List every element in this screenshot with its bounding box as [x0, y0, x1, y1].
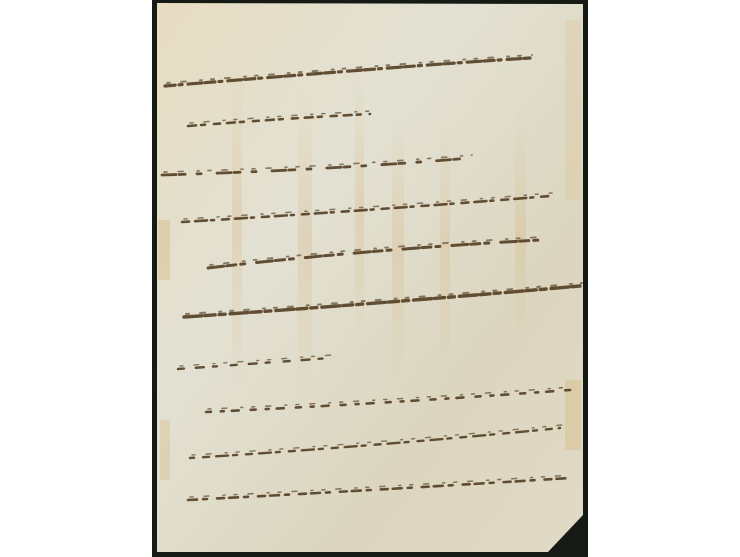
manuscript-page	[0, 0, 740, 557]
